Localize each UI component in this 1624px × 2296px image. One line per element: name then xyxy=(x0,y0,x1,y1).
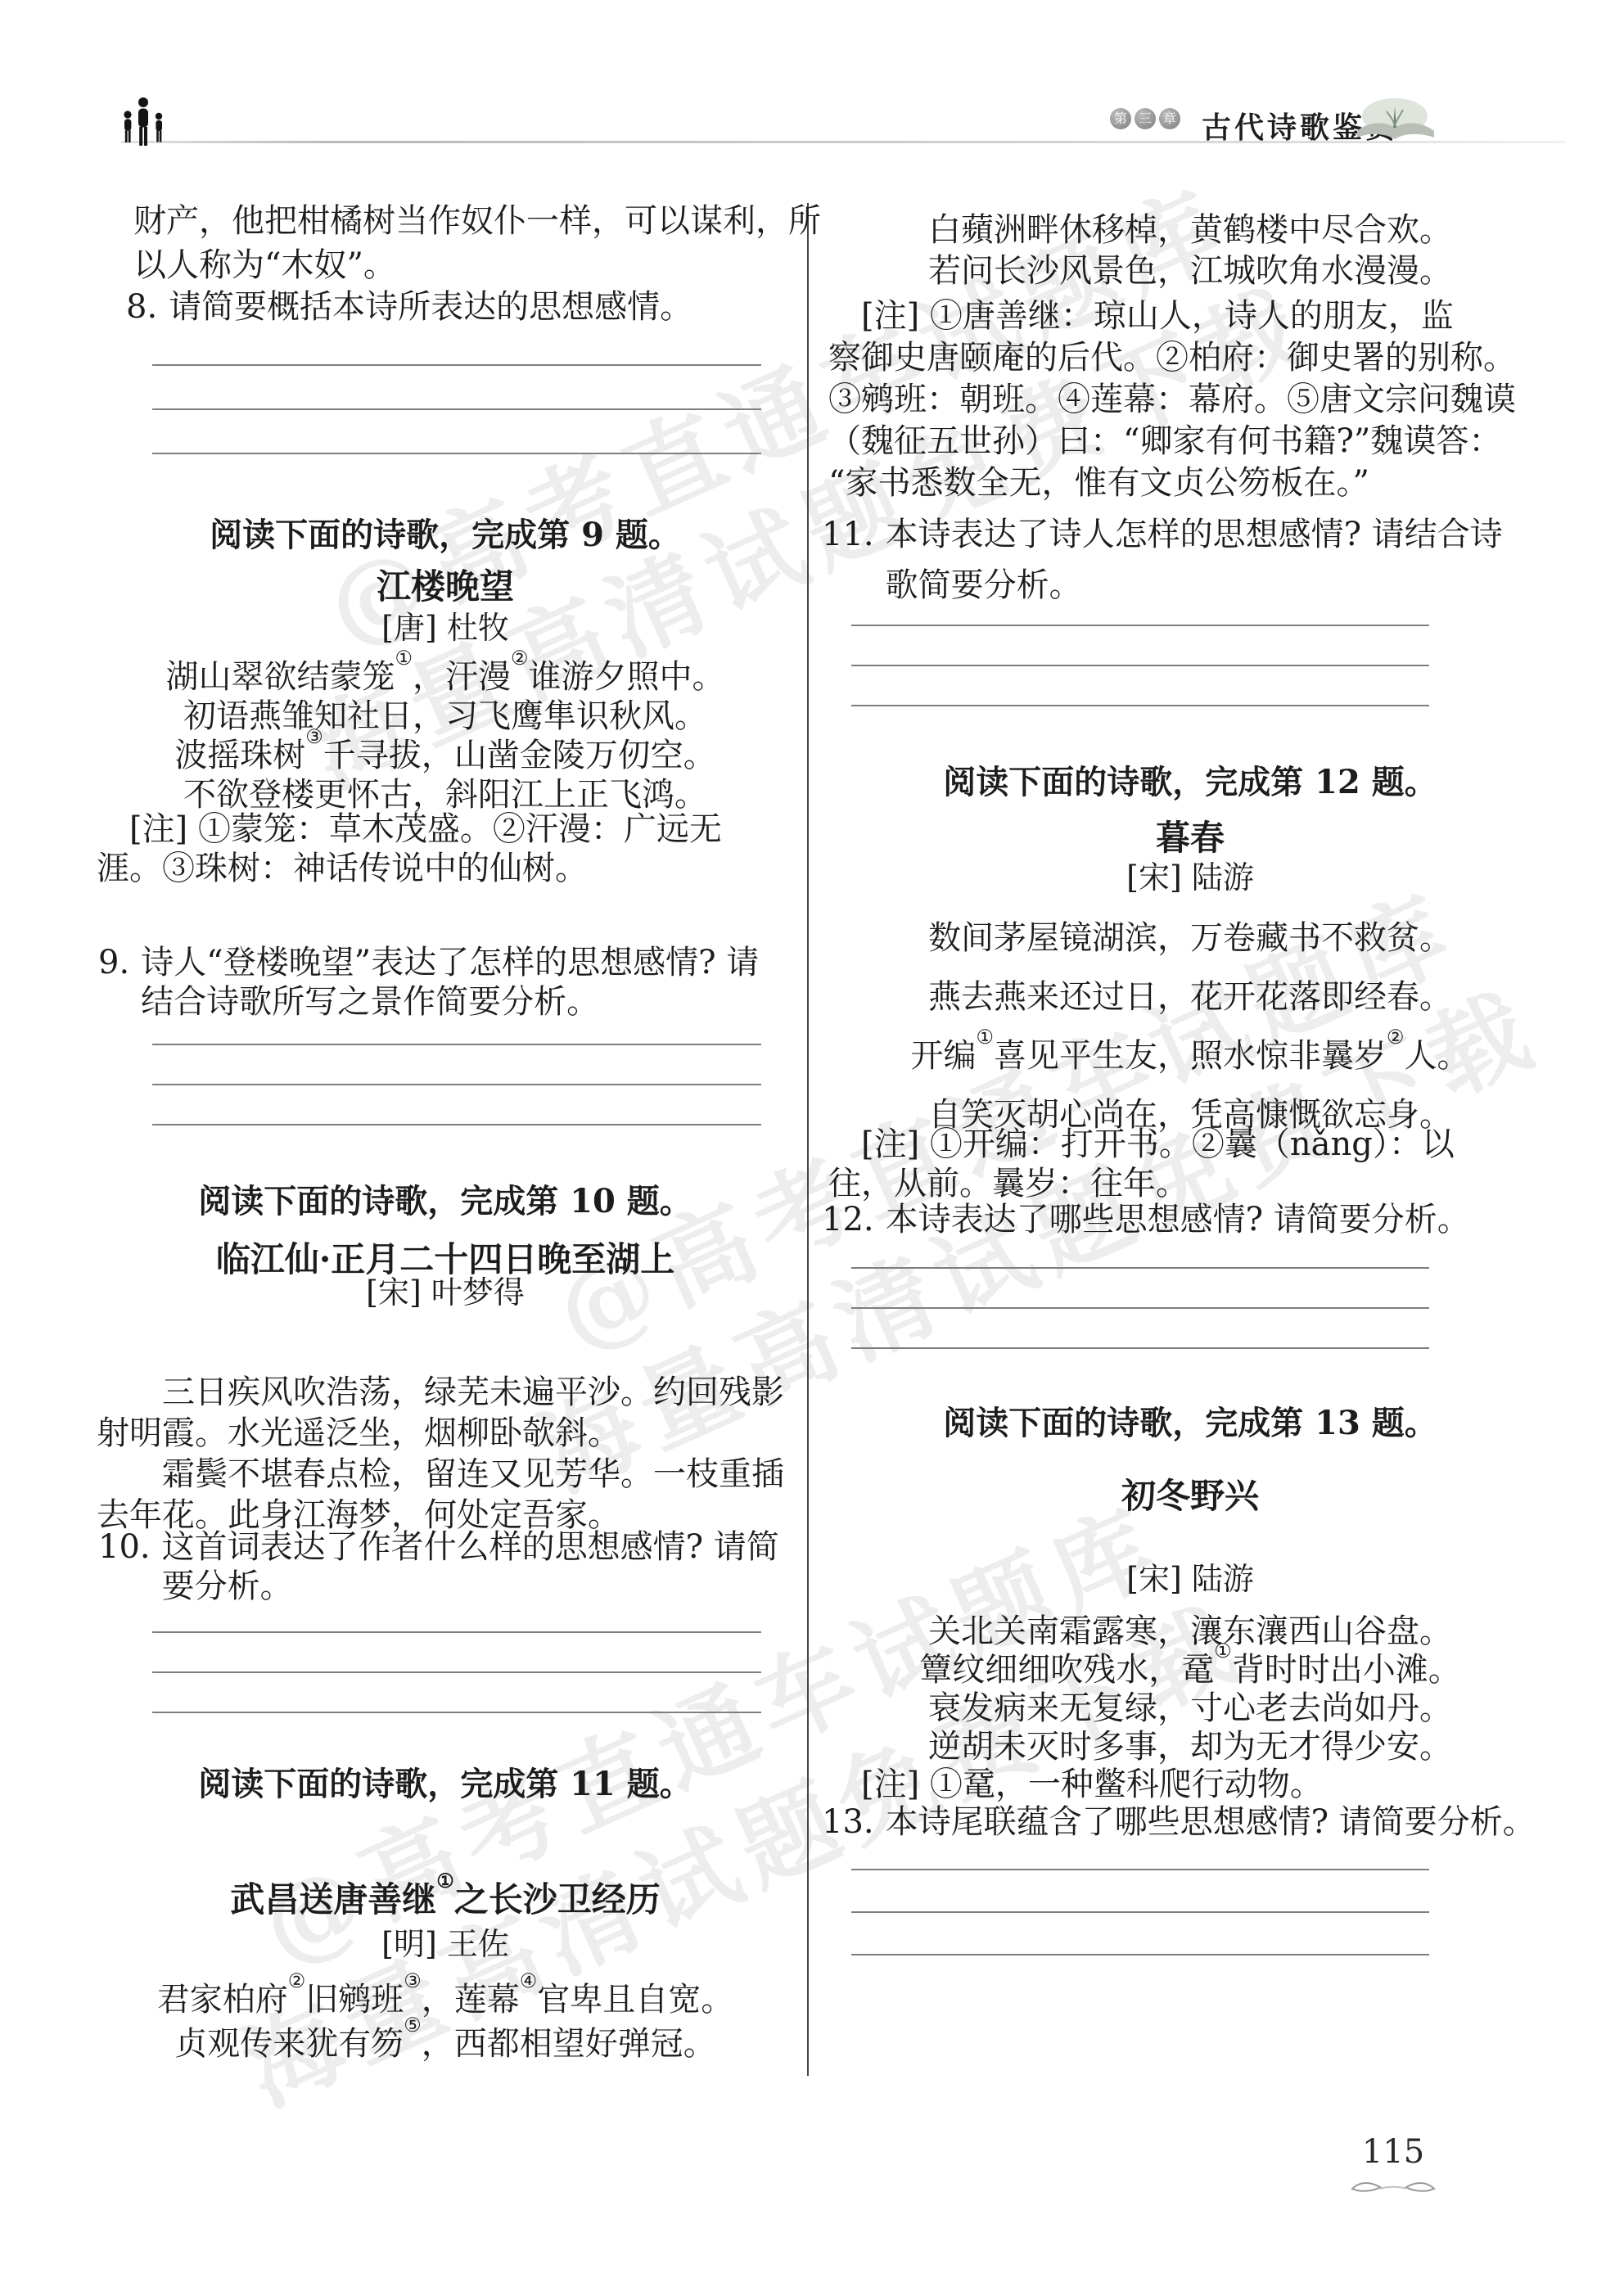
poem-title-13: 初冬野兴 xyxy=(828,1469,1552,1518)
footnote-marker: ① xyxy=(436,1869,454,1892)
text-line: 射明霞。水光遥泛坐，烟柳卧欹斜。 xyxy=(97,1413,784,1454)
answer-line xyxy=(851,1828,1429,1870)
section-instruction-10: 阅读下面的诗歌，完成第 10 题。 xyxy=(97,1175,794,1222)
answer-line xyxy=(851,1269,1429,1309)
poem-line: 燕去燕来还过日，花开花落即经春。 xyxy=(828,968,1552,1026)
section-instruction-11: 阅读下面的诗歌，完成第 11 题。 xyxy=(97,1758,794,1805)
text-line: 涯。③珠树：神话传说中的仙树。 xyxy=(97,849,722,888)
footnote-marker: ② xyxy=(288,1969,306,1992)
answer-line xyxy=(851,1870,1429,1913)
text-line: 财产，他把柑橘树当作奴仆一样，可以谋利，所 xyxy=(133,199,821,243)
text-line: 诗人“登楼晚望”表达了怎样的思想感情? 请 xyxy=(141,943,759,982)
footnote-marker: ① xyxy=(1214,1640,1232,1662)
answer-line xyxy=(152,410,761,454)
text-line: [注] ①开编：打开书。②曩（nǎng）：以 xyxy=(828,1125,1455,1164)
question-number: 9. xyxy=(98,943,129,1022)
poem-9-note: [注] ①蒙笼：草木茂盛。②汗漫：广远无涯。③珠树：神话传说中的仙树。 xyxy=(97,810,722,888)
footnote-marker: ③ xyxy=(404,1969,422,1992)
poem-line: 波摇珠树③千寻拔，山凿金陵万仞空。 xyxy=(97,736,794,775)
right-column: 白蘋洲畔休移棹，黄鹤楼中尽合欢。若问长沙风景色，江城吹角水漫漫。 [注] ①唐善… xyxy=(828,0,1552,2296)
poem-author-13: [宋] 陆游 xyxy=(828,1554,1552,1599)
text-line: [注] ①鼋，一种鳖科爬行动物。 xyxy=(828,1765,1323,1804)
poem-line: 白蘋洲畔休移棹，黄鹤楼中尽合欢。 xyxy=(828,210,1552,250)
section-instruction-12: 阅读下面的诗歌，完成第 12 题。 xyxy=(828,756,1552,803)
footnote-marker: ① xyxy=(976,1026,994,1049)
poem-author-9: [唐] 杜牧 xyxy=(97,602,794,647)
footer-flourish-icon xyxy=(1344,2174,1442,2202)
answer-lines-q11 xyxy=(851,586,1429,706)
poem-line: 数间茅屋镜湖滨，万卷藏书不救贫。 xyxy=(828,909,1552,968)
answer-line xyxy=(851,1309,1429,1349)
continued-paragraph: 财产，他把柑橘树当作奴仆一样，可以谋利，所以人称为“木奴”。 xyxy=(133,199,821,287)
poem-line: 开编①喜见平生友，照水惊非曩岁②人。 xyxy=(828,1026,1552,1085)
text-line: （魏征五世孙）曰：“卿家有何书籍?”魏谟答： xyxy=(828,421,1516,462)
left-column: 财产，他把柑橘树当作奴仆一样，可以谋利，所以人称为“木奴”。 8. 请简要概括本… xyxy=(97,0,794,2296)
answer-lines-q8 xyxy=(152,322,761,454)
textbook-page: @高考直通车试题库 海量高清试题免费下载 @高考直通车试题库 海量高清试题免费下… xyxy=(0,0,1624,2296)
poem-author-10: [宋] 叶梦得 xyxy=(97,1267,794,1312)
poem-line: 贞观传来犹有笏⑤，西都相望好弹冠。 xyxy=(97,2022,794,2066)
poem-line: 簟纹细细吹残水，鼋①背时时出小滩。 xyxy=(828,1651,1552,1689)
poem-13-note: [注] ①鼋，一种鳖科爬行动物。 xyxy=(828,1765,1323,1804)
footnote-marker: ⑤ xyxy=(404,2014,422,2037)
poem-9: 湖山翠欲结蒙笼①，汗漫②谁游夕照中。初语燕雏知社日，习飞鹰隼识秋风。波摇珠树③千… xyxy=(97,657,794,814)
poem-line: 初语燕雏知社日，习飞鹰隼识秋风。 xyxy=(97,697,794,736)
footnote-marker: ② xyxy=(511,647,529,670)
poem-author-11: [明] 王佐 xyxy=(97,1919,794,1964)
text-line: 三日疾风吹浩荡，绿芜未遍平沙。约回残影 xyxy=(97,1372,784,1413)
poem-title-11: 武昌送唐善继①之长沙卫经历 xyxy=(97,1873,794,1922)
poem-line: 逆胡未灭时多事，却为无才得少安。 xyxy=(828,1728,1552,1766)
poem-line: 衰发病来无复绿，寸心老去尚如丹。 xyxy=(828,1689,1552,1728)
answer-line xyxy=(851,666,1429,706)
question-number: 10. xyxy=(98,1527,151,1606)
poem-author-12: [宋] 陆游 xyxy=(828,852,1552,897)
text-line: 往，从前。曩岁：往年。 xyxy=(828,1164,1455,1203)
poem-12: 数间茅屋镜湖滨，万卷藏书不救贫。燕去燕来还过日，花开花落即经春。开编①喜见平生友… xyxy=(828,909,1552,1144)
text-line: 察御史唐颐庵的后代。②柏府：御史署的别称。 xyxy=(828,337,1516,379)
footnote-marker: ④ xyxy=(520,1969,538,1992)
poem-line: 君家柏府②旧鹓班③，莲幕④官卑且自宽。 xyxy=(97,1978,794,2022)
answer-lines-q13 xyxy=(851,1828,1429,1955)
poem-line: 湖山翠欲结蒙笼①，汗漫②谁游夕照中。 xyxy=(97,657,794,697)
text-line: 这首词表达了作者什么样的思想感情? 请简 xyxy=(162,1527,779,1567)
section-instruction-9: 阅读下面的诗歌，完成第 9 题。 xyxy=(97,509,794,556)
answer-line xyxy=(851,1913,1429,1955)
answer-line xyxy=(152,1045,761,1085)
poem-11-note: [注] ①唐善继：琼山人，诗人的朋友，监察御史唐颐庵的后代。②柏府：御史署的别称… xyxy=(828,295,1516,504)
answer-line xyxy=(152,1005,761,1045)
section-instruction-13: 阅读下面的诗歌，完成第 13 题。 xyxy=(828,1397,1552,1444)
ci-stanza-1: 三日疾风吹浩荡，绿芜未遍平沙。约回残影射明霞。水光遥泛坐，烟柳卧欹斜。 xyxy=(97,1372,784,1454)
text-line: 请简要概括本诗所表达的思想感情。 xyxy=(169,287,692,327)
text-line: ③鹓班：朝班。④莲幕：幕府。⑤唐文宗问魏谟 xyxy=(828,379,1516,421)
poem-12-note: [注] ①开编：打开书。②曩（nǎng）：以往，从前。曩岁：往年。 xyxy=(828,1125,1455,1203)
question-number: 8. xyxy=(126,287,157,327)
text-line: [注] ①蒙笼：草木茂盛。②汗漫：广远无 xyxy=(97,810,722,849)
answer-lines-q9 xyxy=(152,1005,761,1125)
poem-13: 关北关南霜露寒，瀼东瀼西山谷盘。簟纹细细吹残水，鼋①背时时出小滩。衰发病来无复绿… xyxy=(828,1613,1552,1766)
poem-line: 关北关南霜露寒，瀼东瀼西山谷盘。 xyxy=(828,1613,1552,1651)
answer-line xyxy=(152,1673,761,1713)
answer-lines-q10 xyxy=(152,1593,761,1713)
page-number: 115 xyxy=(1344,2133,1442,2171)
ci-stanza-2: 霜鬓不堪春点检，留连又见芳华。一枝重插去年花。此身江海梦，何处定吾家。 xyxy=(97,1454,784,1536)
answer-line xyxy=(152,1593,761,1633)
question-text: 请简要概括本诗所表达的思想感情。 xyxy=(169,287,692,327)
poem-line: 若问长沙风景色，江城吹角水漫漫。 xyxy=(828,250,1552,291)
text-line: 本诗表达了诗人怎样的思想感情? 请结合诗 xyxy=(886,509,1503,560)
question-8: 8. 请简要概括本诗所表达的思想感情。 xyxy=(126,287,692,327)
answer-line xyxy=(152,322,761,366)
text-line: 以人称为“木奴”。 xyxy=(133,243,821,287)
poem-11-part2: 白蘋洲畔休移棹，黄鹤楼中尽合欢。若问长沙风景色，江城吹角水漫漫。 xyxy=(828,210,1552,291)
answer-lines-q12 xyxy=(851,1229,1429,1349)
text-line: 霜鬓不堪春点检，留连又见芳华。一枝重插 xyxy=(97,1454,784,1495)
poem-11-part1: 君家柏府②旧鹓班③，莲幕④官卑且自宽。贞观传来犹有笏⑤，西都相望好弹冠。 xyxy=(97,1978,794,2066)
answer-line xyxy=(152,366,761,410)
answer-line xyxy=(851,626,1429,666)
answer-line xyxy=(851,586,1429,626)
footnote-marker: ① xyxy=(395,647,413,670)
text-line: [注] ①唐善继：琼山人，诗人的朋友，监 xyxy=(828,295,1516,337)
footnote-marker: ③ xyxy=(305,725,323,748)
answer-line xyxy=(152,1633,761,1673)
answer-line xyxy=(851,1229,1429,1269)
answer-line xyxy=(152,1085,761,1125)
poem-title-9: 江楼晚望 xyxy=(97,560,794,609)
footnote-marker: ② xyxy=(1387,1026,1405,1049)
poem-line: 不欲登楼更怀古，斜阳江上正飞鸿。 xyxy=(97,775,794,814)
column-divider xyxy=(807,203,809,2076)
text-line: “家书悉数全无，惟有文贞公笏板在。” xyxy=(828,462,1516,504)
